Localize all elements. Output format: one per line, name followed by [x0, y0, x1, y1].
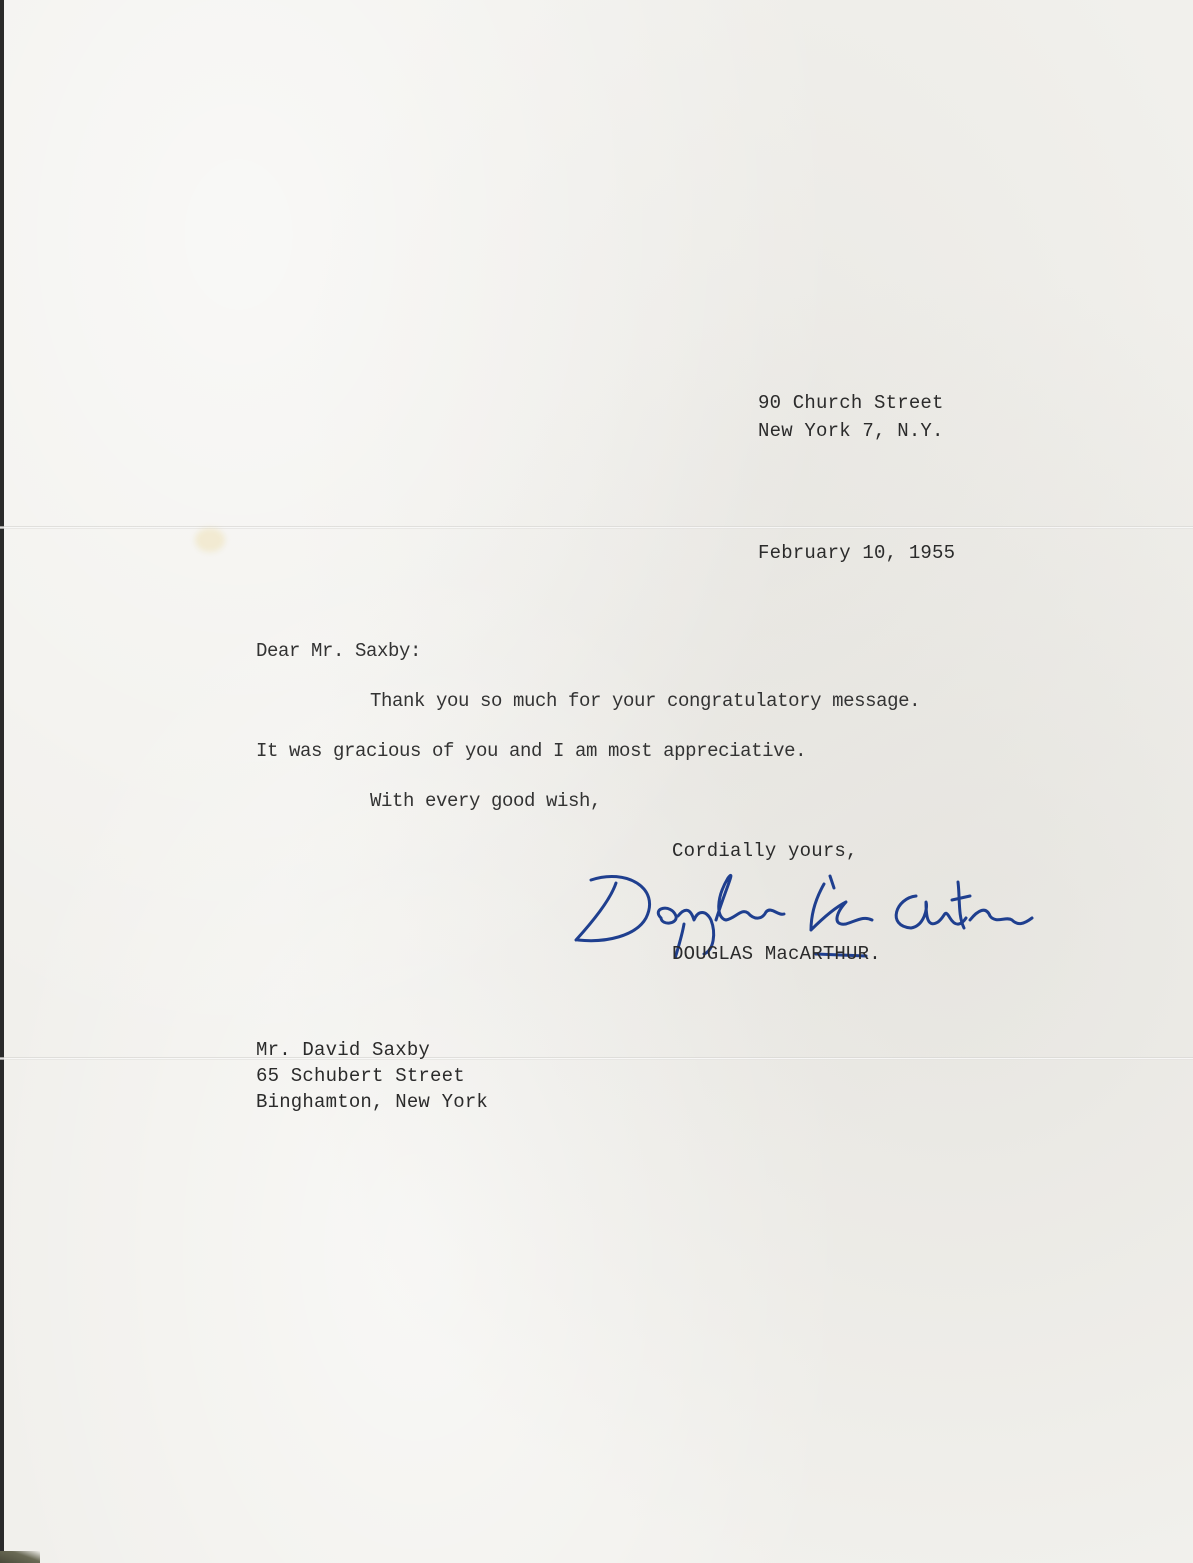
body-line-1: Thank you so much for your congratulator… [370, 687, 920, 715]
recipient-city: Binghamton, New York [256, 1088, 488, 1116]
sender-address-line2: New York 7, N.Y. [758, 417, 944, 445]
recipient-street: 65 Schubert Street [256, 1062, 465, 1090]
typed-signatory-name: DOUGLAS MacARTHUR. [672, 940, 881, 968]
page-corner-shadow [0, 1551, 40, 1563]
sender-address-line1: 90 Church Street [758, 389, 944, 417]
fold-crease-top [0, 526, 1193, 529]
letter-page: 90 Church Street New York 7, N.Y. Februa… [0, 0, 1193, 1563]
paper-stain [195, 528, 225, 552]
letter-date: February 10, 1955 [758, 539, 955, 567]
fold-crease-bottom [0, 1057, 1193, 1060]
salutation: Dear Mr. Saxby: [256, 637, 421, 665]
body-line-3: With every good wish, [370, 787, 601, 815]
recipient-name: Mr. David Saxby [256, 1036, 430, 1064]
body-line-2: It was gracious of you and I am most app… [256, 737, 806, 765]
